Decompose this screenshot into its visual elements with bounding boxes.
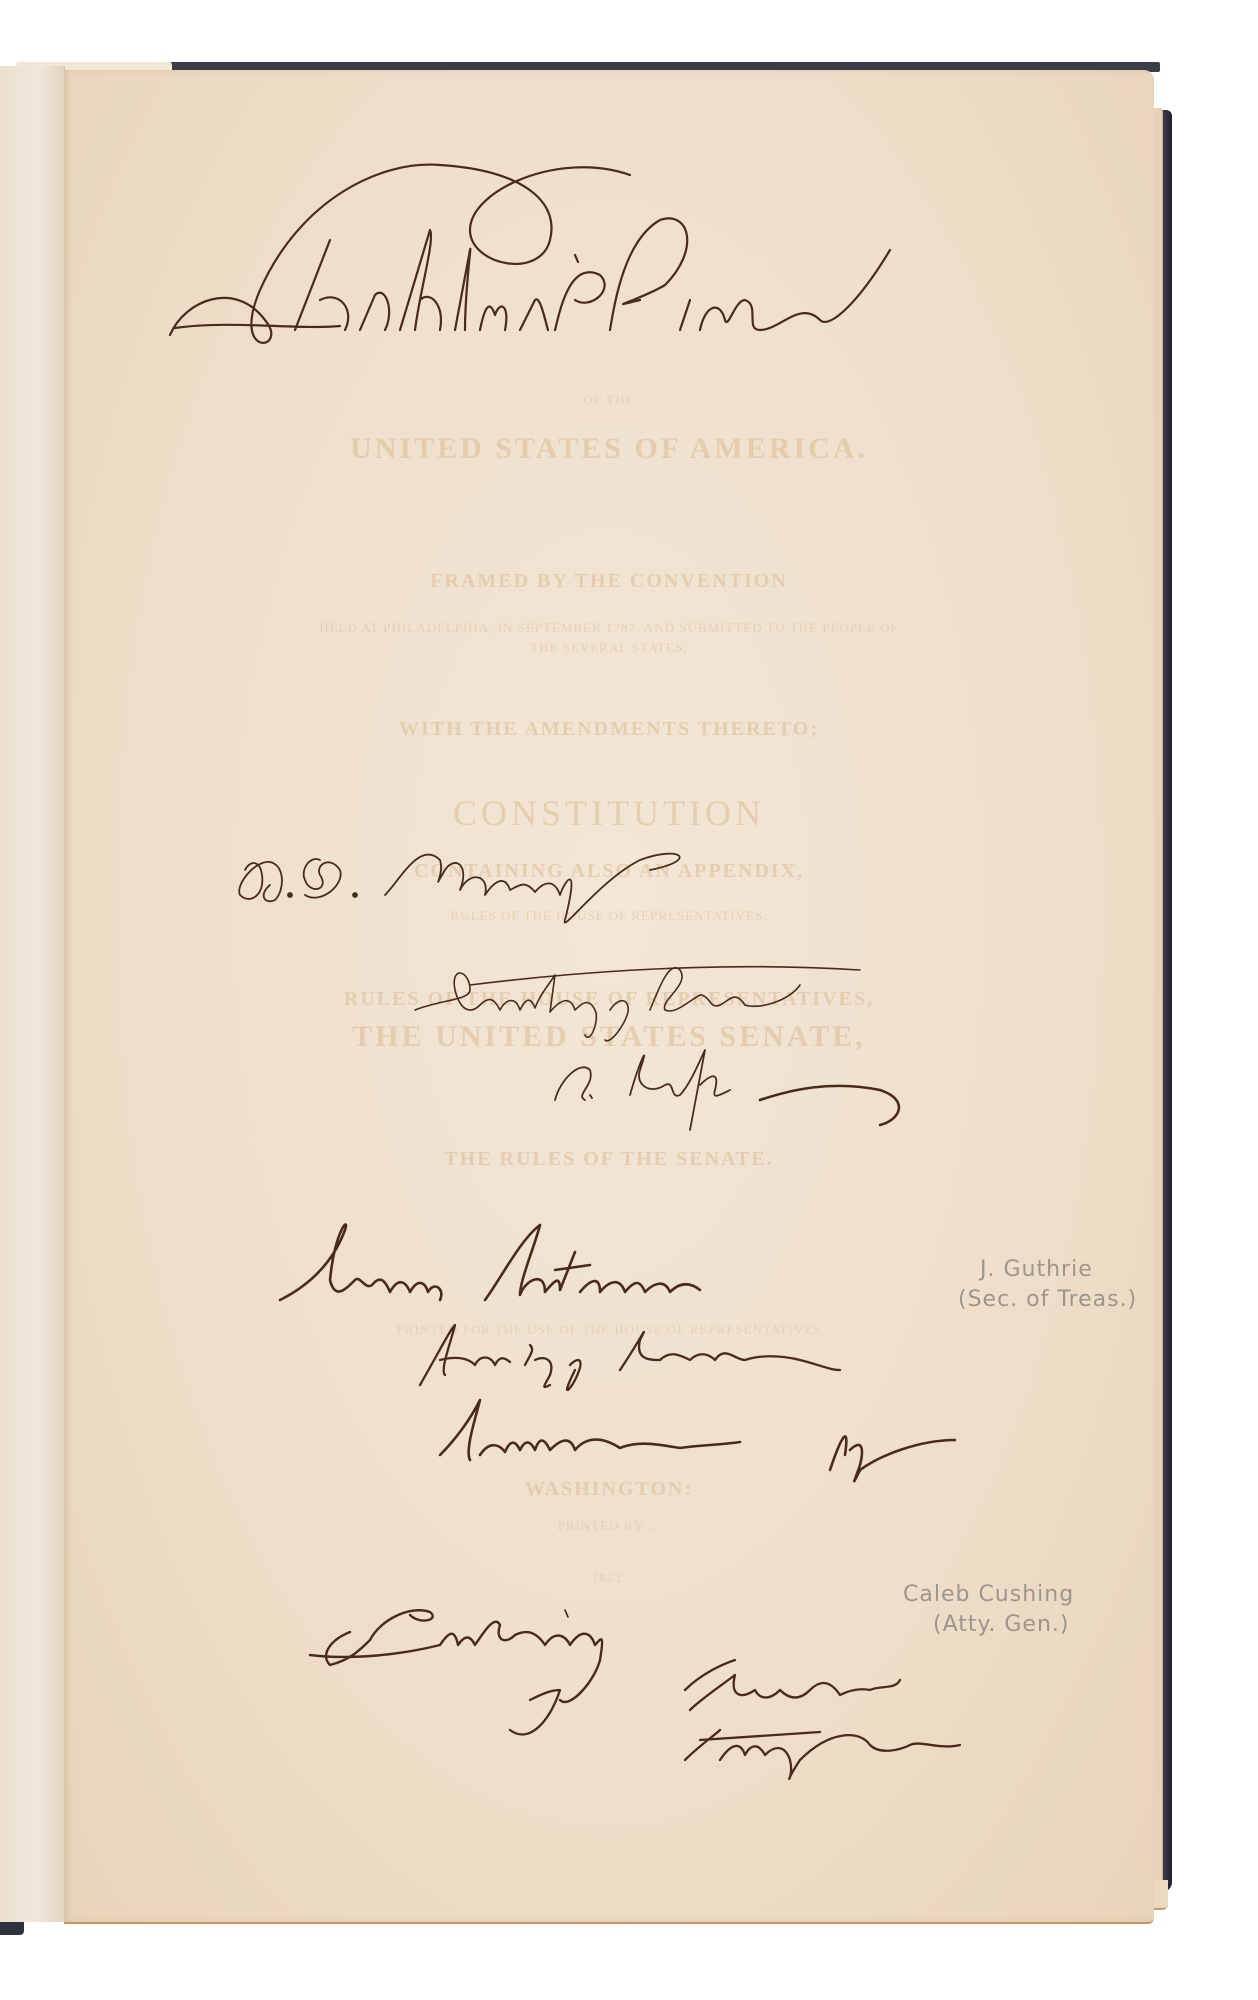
left-flyleaf	[0, 66, 65, 1922]
print-printed-for: PRINTED FOR THE USE OF THE HOUSE OF REPR…	[64, 1322, 1154, 1338]
print-rules-house: RULES OF THE HOUSE OF REPRESENTATIVES,	[64, 908, 1154, 924]
signed-book-page-photo: OF THE UNITED STATES OF AMERICA. FRAMED …	[0, 0, 1258, 2000]
pencil-note-cushing-role: (Atty. Gen.)	[903, 1610, 1074, 1640]
print-united-states: UNITED STATES OF AMERICA.	[64, 432, 1154, 466]
print-several-states: THE SEVERAL STATES;	[64, 640, 1154, 656]
pencil-note-guthrie-role: (Sec. of Treas.)	[958, 1285, 1137, 1315]
pencil-note-guthrie-name: J. Guthrie	[958, 1255, 1137, 1285]
print-house-reps: RULES OF THE HOUSE OF REPRESENTATIVES,	[64, 988, 1154, 1011]
print-of-the: OF THE	[64, 392, 1154, 408]
print-united-states-senate: THE UNITED STATES SENATE,	[64, 1020, 1154, 1054]
print-containing: CONTAINING ALSO AN APPENDIX,	[64, 860, 1154, 883]
print-rules-senate: THE RULES OF THE SENATE.	[64, 1148, 1154, 1171]
pencil-note-cushing: Caleb Cushing (Atty. Gen.)	[903, 1580, 1074, 1640]
pencil-note-cushing-name: Caleb Cushing	[903, 1580, 1074, 1610]
print-constitution: CONSTITUTION	[64, 792, 1154, 834]
print-amendments: WITH THE AMENDMENTS THERETO;	[64, 718, 1154, 741]
print-washington: WASHINGTON:	[64, 1478, 1154, 1501]
print-framed-by: FRAMED BY THE CONVENTION	[64, 570, 1154, 593]
print-printer: PRINTED BY ...	[64, 1518, 1154, 1534]
print-held-at: HELD AT PHILADELPHIA, IN SEPTEMBER 1787,…	[64, 620, 1154, 636]
pencil-note-guthrie: J. Guthrie (Sec. of Treas.)	[958, 1255, 1137, 1315]
title-page: OF THE UNITED STATES OF AMERICA. FRAMED …	[64, 70, 1154, 1924]
